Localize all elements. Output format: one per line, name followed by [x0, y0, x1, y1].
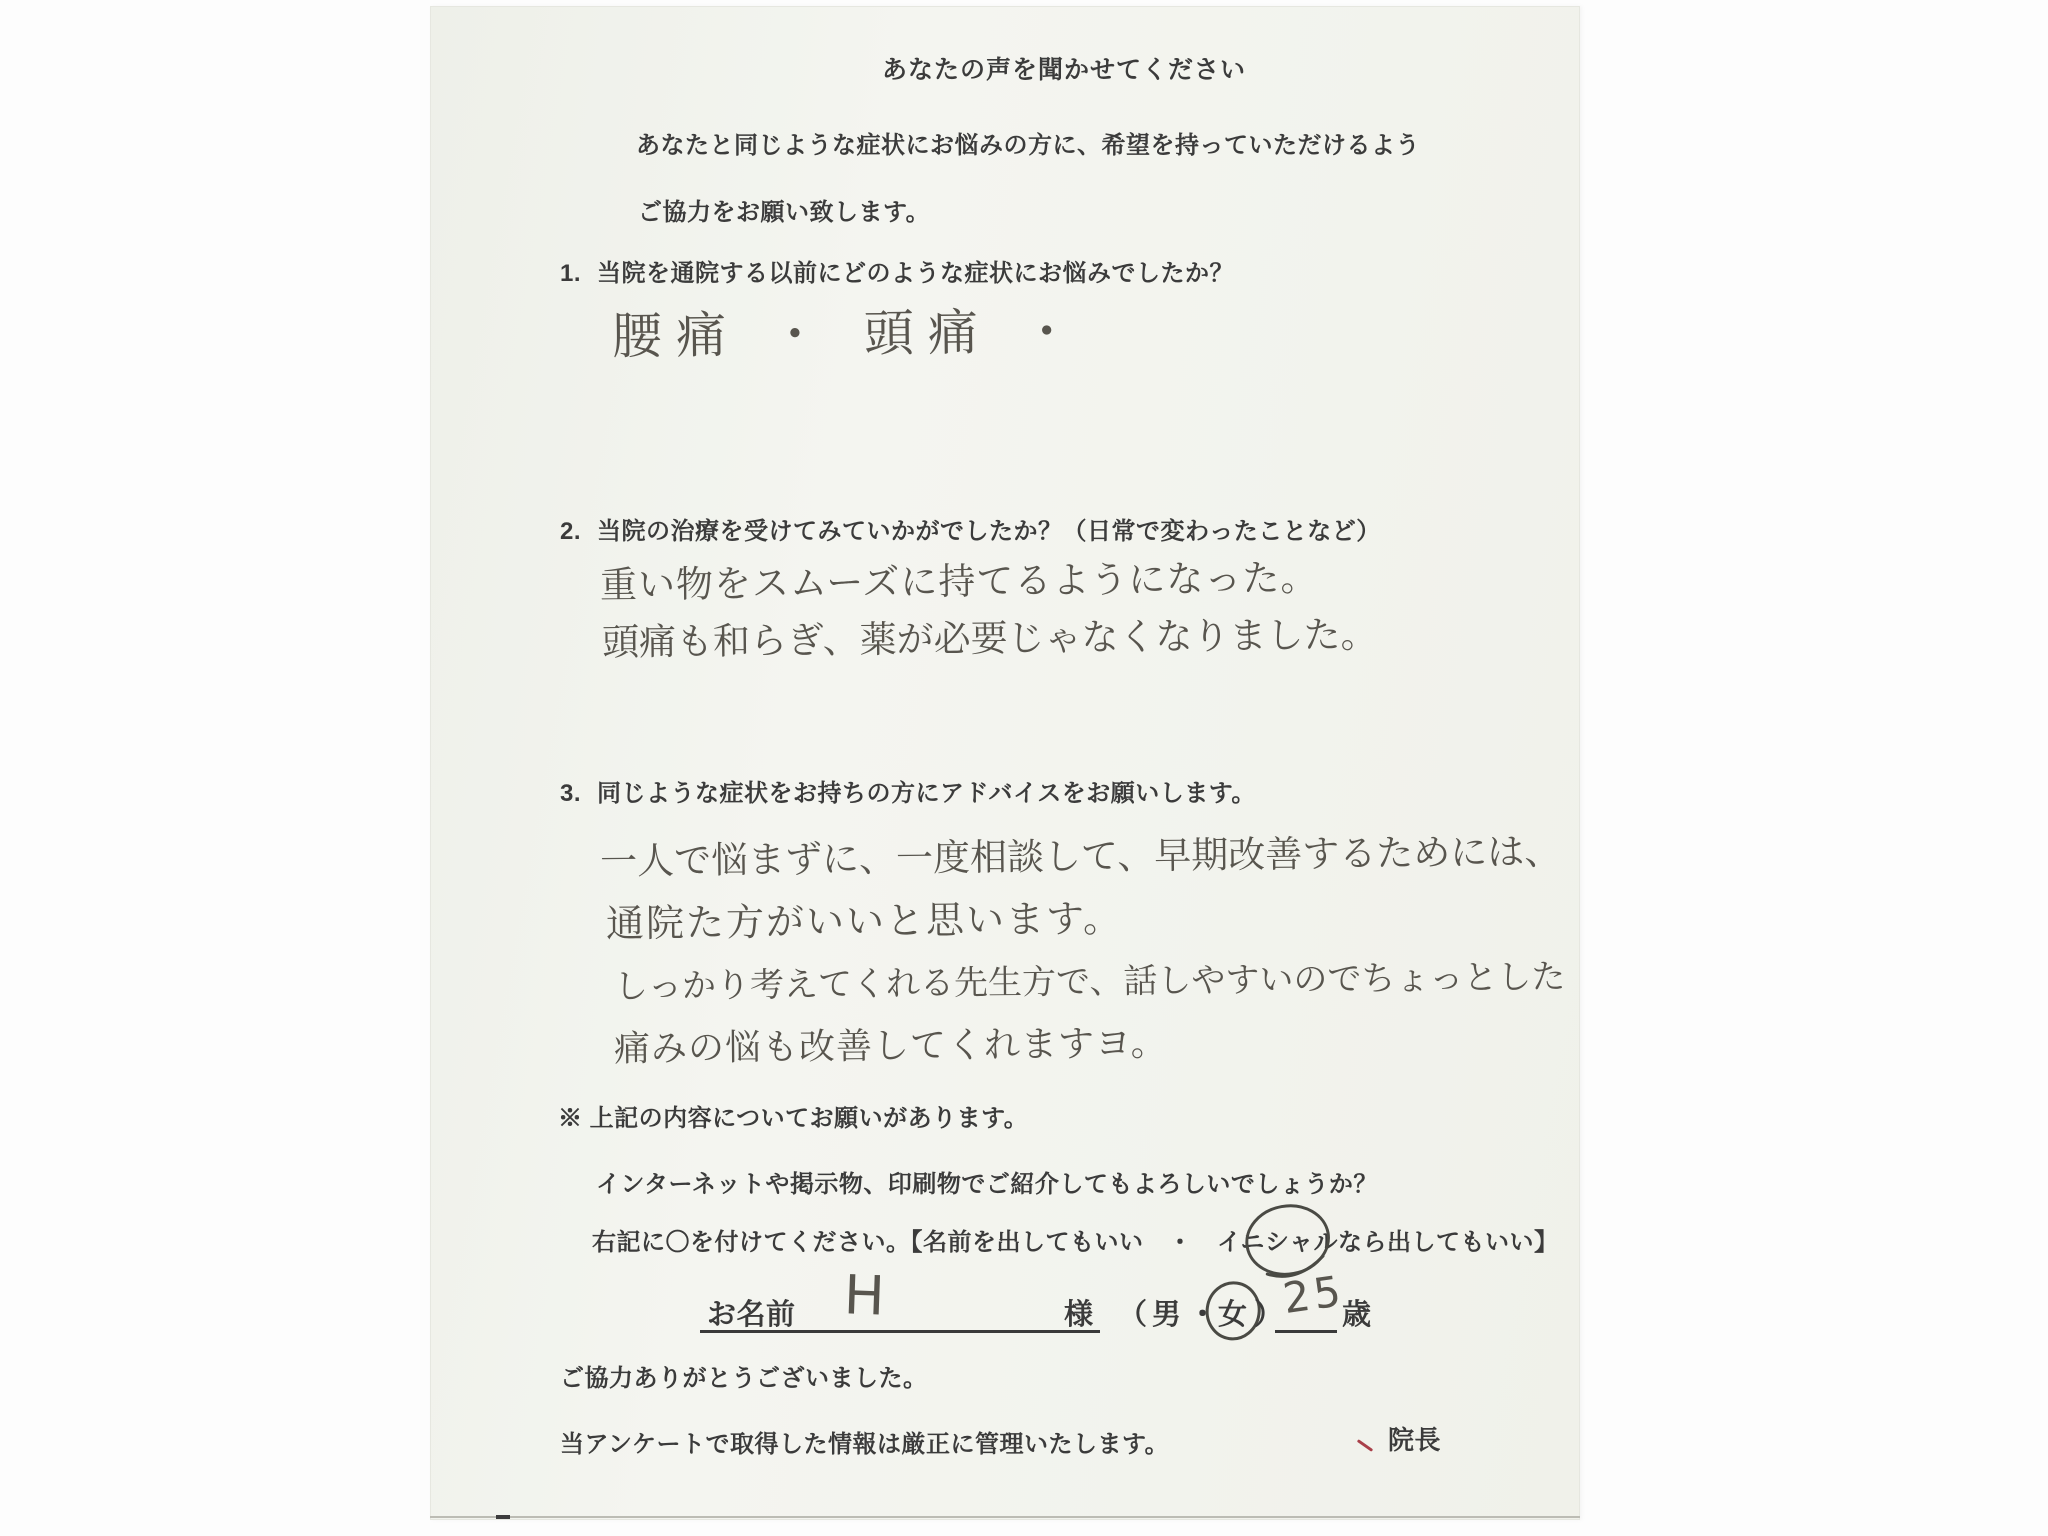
name-label: お名前: [707, 1292, 796, 1333]
question-3-answer-line-2: 通院た方がいいと思います。: [606, 887, 1124, 947]
question-2-label: 当院の治療を受けてみていかがでしたか？（日常で変わったことなど）: [597, 518, 1381, 545]
survey-paper: あなたの声を聞かせてください あなたと同じような症状にお悩みの方に、希望を持って…: [430, 6, 1580, 1520]
gender-paren-close: ）: [1254, 1292, 1284, 1333]
intro-line-1: あなたと同じような症状にお悩みの方に、希望を持っていただけるよう: [636, 125, 1420, 160]
age-unit: 歳: [1342, 1292, 1372, 1333]
scan-edge-line: [430, 1516, 1580, 1518]
question-1-answer-handwritten: 腰痛 ・ 頭痛 ・: [612, 292, 1086, 369]
age-underline: [1275, 1330, 1337, 1333]
question-2-answer-line-1: 重い物をスムーズに持てるようになった。: [600, 547, 1319, 609]
question-1-label: 当院を通院する以前にどのような症状にお悩みでしたか？: [597, 260, 1234, 287]
question-2-answer-line-2: 頭痛も和らぎ、薬が必要じゃなくなりました。: [602, 604, 1378, 666]
name-value-handwritten: H: [843, 1263, 886, 1327]
circle-instruction: 右記に〇を付けてください。【名前を出してもいい ・ イニシャルなら出してもいい】: [592, 1222, 1559, 1257]
privacy-note: 当アンケートで取得した情報は厳正に管理いたします。: [560, 1424, 1169, 1459]
intro-line-2: ご協力をお願い致します。: [638, 192, 930, 227]
gender-male: 男: [1152, 1292, 1182, 1333]
page-background: あなたの声を聞かせてください あなたと同じような症状にお悩みの方に、希望を持って…: [0, 0, 2048, 1536]
question-3-answer-line-1: 一人で悩まずに、一度相談して、早期改善するためには、: [600, 821, 1562, 885]
question-1-number: 1.: [560, 260, 581, 287]
signature-director: 院長: [1388, 1420, 1441, 1457]
honorific-sama: 様: [1064, 1292, 1094, 1333]
name-underline: [700, 1330, 1100, 1333]
question-3-answer-line-4: 痛みの悩も改善してくれますヨ。: [614, 1015, 1168, 1072]
question-2-number: 2.: [560, 518, 581, 545]
question-3-label: 同じような症状をお持ちの方にアドバイスをお願いします。: [597, 780, 1256, 807]
closing-thanks: ご協力ありがとうございました。: [560, 1358, 928, 1393]
scan-edge-dark-dash: [496, 1515, 510, 1519]
question-3-answer-line-3: しっかり考えてくれる先生方で、話しやすいのでちょっとした: [614, 949, 1566, 1008]
question-2: 2.当院の治療を受けてみていかがでしたか？（日常で変わったことなど）: [560, 511, 1381, 546]
question-3-number: 3.: [560, 780, 581, 807]
red-pen-mark: [1357, 1439, 1373, 1452]
gender-paren-open: （: [1118, 1292, 1148, 1333]
question-3: 3.同じような症状をお持ちの方にアドバイスをお願いします。: [560, 773, 1256, 808]
age-value-handwritten: 25: [1280, 1266, 1348, 1323]
page-title: あなたの声を聞かせてください: [882, 50, 1246, 86]
question-1: 1.当院を通院する以前にどのような症状にお悩みでしたか？: [560, 253, 1234, 288]
publish-question: インターネットや掲示物、印刷物でご紹介してもよろしいでしょうか？: [596, 1164, 1378, 1199]
note-line: ※ 上記の内容についてお願いがあります。: [558, 1098, 1028, 1133]
